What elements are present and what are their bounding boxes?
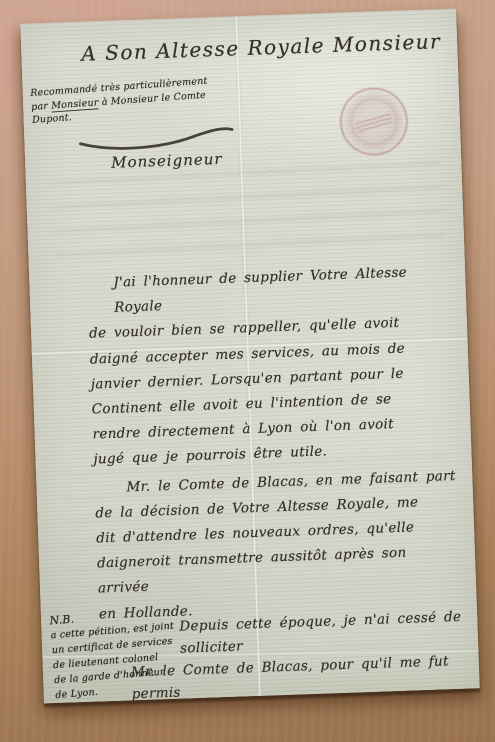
- letter-page: A Son Altesse Royale Monsieur Recommandé…: [20, 9, 479, 704]
- underlined-word: Monsieur: [51, 97, 99, 112]
- photo-of-letter-on-wooden-table: A Son Altesse Royale Monsieur Recommandé…: [0, 0, 495, 742]
- body-paragraph: J'ai l'honneur de supplier Votre Altesse…: [87, 259, 460, 473]
- paraph-flourish: [76, 116, 237, 154]
- ink-showthrough: [51, 157, 444, 267]
- postscript-note: N.B. a cette pétition, est joint un cert…: [49, 598, 245, 703]
- body-paragraph: Mr. le Comte de Blacas, en me faisant pa…: [94, 463, 465, 627]
